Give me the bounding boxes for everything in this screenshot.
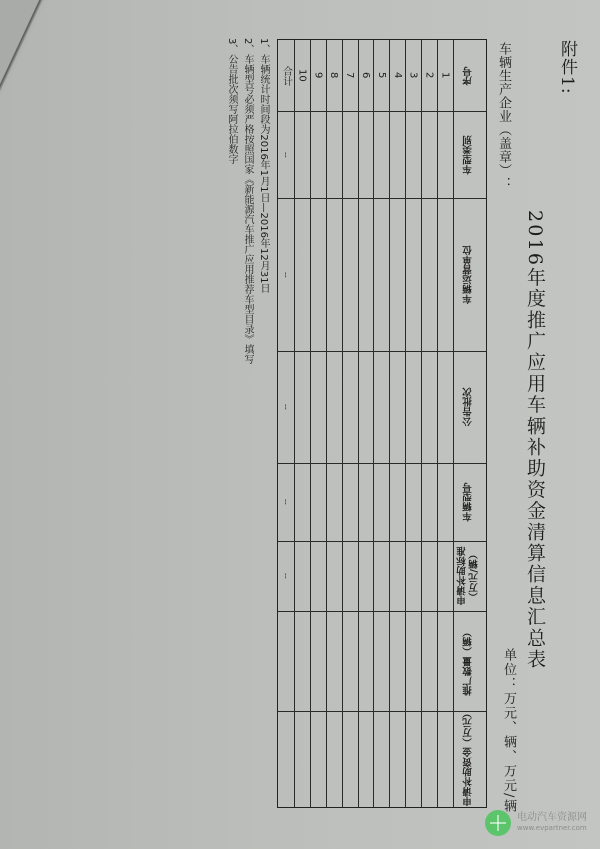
note-item: 1、车辆统计时间段为2016年1月1日—2016年12月31日	[256, 38, 271, 293]
total-cell-text: --	[281, 573, 290, 579]
header-cell-text: 公告批次	[463, 387, 475, 426]
table-cell	[326, 111, 342, 198]
table-cell	[358, 711, 374, 806]
table-cell	[358, 198, 374, 351]
table-cell	[405, 541, 421, 611]
row-index: 2	[421, 40, 437, 111]
table-cell	[358, 351, 374, 463]
table-cell	[373, 611, 389, 711]
header-cell-text: 申请补助标准（万元/辆）	[457, 541, 481, 611]
unit-label: 单位：万元、辆、万元/辆	[499, 648, 518, 813]
row-index-text: 4	[392, 72, 403, 78]
table-cell	[294, 711, 310, 806]
header-cell-text: 车辆运营单位	[463, 245, 475, 304]
header-cell: 序号	[453, 40, 485, 111]
table-cell	[310, 351, 326, 463]
table-cell	[294, 611, 310, 711]
total-cell-text: --	[281, 499, 290, 505]
row-index-text: 7	[344, 72, 355, 78]
row-index-text: 1	[440, 72, 451, 78]
table-cell	[437, 198, 453, 351]
table-cell	[310, 541, 326, 611]
table-cell	[405, 463, 421, 541]
table-cell	[326, 541, 342, 611]
table-cell	[421, 351, 437, 463]
scanned-page: 附件1: 2016年度推广应用车辆补助资金清算信息汇总表 单位：万元、辆、万元/…	[0, 0, 600, 849]
total-cell-text: --	[281, 152, 290, 158]
table-cell	[405, 351, 421, 463]
table-cell	[389, 198, 405, 351]
total-cell	[278, 711, 294, 806]
table-cell	[437, 541, 453, 611]
table-cell	[421, 711, 437, 806]
table-cell	[373, 111, 389, 198]
table-cell	[389, 611, 405, 711]
table-cell	[437, 111, 453, 198]
table-cell	[342, 351, 358, 463]
table-cell	[421, 111, 437, 198]
table-cell	[373, 711, 389, 806]
watermark-logo-icon	[485, 810, 511, 836]
table-cell	[437, 463, 453, 541]
table-cell	[389, 351, 405, 463]
total-cell: --	[278, 463, 294, 541]
watermark: 电动汽车资源网 www.evpartner.com	[485, 810, 587, 836]
row-index-text: 6	[360, 72, 371, 78]
table-cell	[326, 198, 342, 351]
table-cell	[373, 463, 389, 541]
company-label: 车辆生产企业（盖章）：	[494, 42, 513, 191]
row-index: 8	[326, 40, 342, 111]
table-cell	[373, 198, 389, 351]
total-cell	[278, 611, 294, 711]
header-cell-text: 车辆型号	[463, 482, 475, 521]
table-cell	[310, 711, 326, 806]
header-cell: 推广数量（辆）	[453, 611, 485, 711]
row-index: 4	[389, 40, 405, 111]
total-cell: --	[278, 111, 294, 198]
table-cell	[437, 711, 453, 806]
document-title: 2016年度推广应用车辆补助资金清算信息汇总表	[522, 210, 549, 670]
table-cell	[326, 351, 342, 463]
table-cell	[421, 541, 437, 611]
row-index-text: 5	[376, 72, 387, 78]
header-cell: 车辆运营单位	[453, 198, 485, 351]
table-cell	[405, 111, 421, 198]
table-cell	[294, 351, 310, 463]
table-cell	[342, 541, 358, 611]
watermark-name: 电动汽车资源网	[517, 812, 587, 823]
row-index: 10	[294, 40, 310, 111]
paper-edge-shadow	[0, 0, 50, 100]
note-item: 3、公告批次须写阿拉伯数字	[224, 38, 239, 164]
table-cell	[358, 611, 374, 711]
header-cell: 车型类别	[453, 111, 485, 198]
total-cell-text: --	[281, 404, 290, 410]
row-index-text: 8	[328, 72, 339, 78]
row-index: 9	[310, 40, 326, 111]
row-index-text: 10	[296, 69, 307, 82]
table-cell	[310, 198, 326, 351]
header-cell: 申请补助资金（万元）	[453, 711, 485, 806]
table-cell	[389, 541, 405, 611]
header-cell-text: 序号	[463, 66, 475, 86]
table-cell	[342, 111, 358, 198]
summary-table: 序号车型类别车辆运营单位公告批次车辆型号申请补助标准（万元/辆）推广数量（辆）申…	[277, 39, 487, 808]
total-cell: --	[278, 351, 294, 463]
table-cell	[310, 611, 326, 711]
table-cell	[405, 711, 421, 806]
watermark-url: www.evpartner.com	[517, 823, 587, 834]
table-cell	[358, 111, 374, 198]
table-cell	[294, 463, 310, 541]
table-cell	[326, 711, 342, 806]
table-cell	[389, 111, 405, 198]
table-cell	[389, 711, 405, 806]
table-cell	[294, 111, 310, 198]
table-cell	[358, 541, 374, 611]
header-cell-text: 车型类别	[463, 135, 475, 174]
total-cell: --	[278, 541, 294, 611]
row-index: 7	[342, 40, 358, 111]
table-cell	[421, 611, 437, 711]
table-cell	[342, 463, 358, 541]
header-cell-text: 推广数量（辆）	[463, 627, 475, 696]
table-cell	[437, 351, 453, 463]
table-cell	[421, 198, 437, 351]
table-cell	[294, 198, 310, 351]
header-cell-text: 申请补助资金（万元）	[463, 711, 475, 806]
table-cell	[358, 463, 374, 541]
header-cell: 车辆型号	[453, 463, 485, 541]
attachment-label: 附件1:	[555, 40, 580, 95]
total-label: 合计	[278, 40, 294, 111]
row-index: 3	[405, 40, 421, 111]
total-cell-text: --	[281, 272, 290, 278]
table-cell	[326, 611, 342, 711]
table-cell	[310, 463, 326, 541]
table-cell	[294, 541, 310, 611]
table-cell	[373, 541, 389, 611]
row-index-text: 3	[408, 72, 419, 78]
table-cell	[421, 463, 437, 541]
table-cell	[342, 611, 358, 711]
table-cell	[389, 463, 405, 541]
table-cell	[342, 711, 358, 806]
note-item: 2、车辆型号必须严格按照国家《新能源汽车推广应用推荐车型目录》填写	[240, 38, 255, 364]
row-index-text: 2	[424, 72, 435, 78]
table-cell	[405, 198, 421, 351]
table-cell	[326, 463, 342, 541]
header-cell: 申请补助标准（万元/辆）	[453, 541, 485, 611]
table-cell	[373, 351, 389, 463]
table-cell	[437, 611, 453, 711]
header-cell: 公告批次	[453, 351, 485, 463]
row-index-text: 9	[312, 72, 323, 78]
row-index: 1	[437, 40, 453, 111]
table-cell	[342, 198, 358, 351]
table-cell	[310, 111, 326, 198]
table-cell	[405, 611, 421, 711]
row-index: 6	[358, 40, 374, 111]
row-index: 5	[373, 40, 389, 111]
total-cell: --	[278, 198, 294, 351]
total-label-text: 合计	[278, 66, 293, 86]
